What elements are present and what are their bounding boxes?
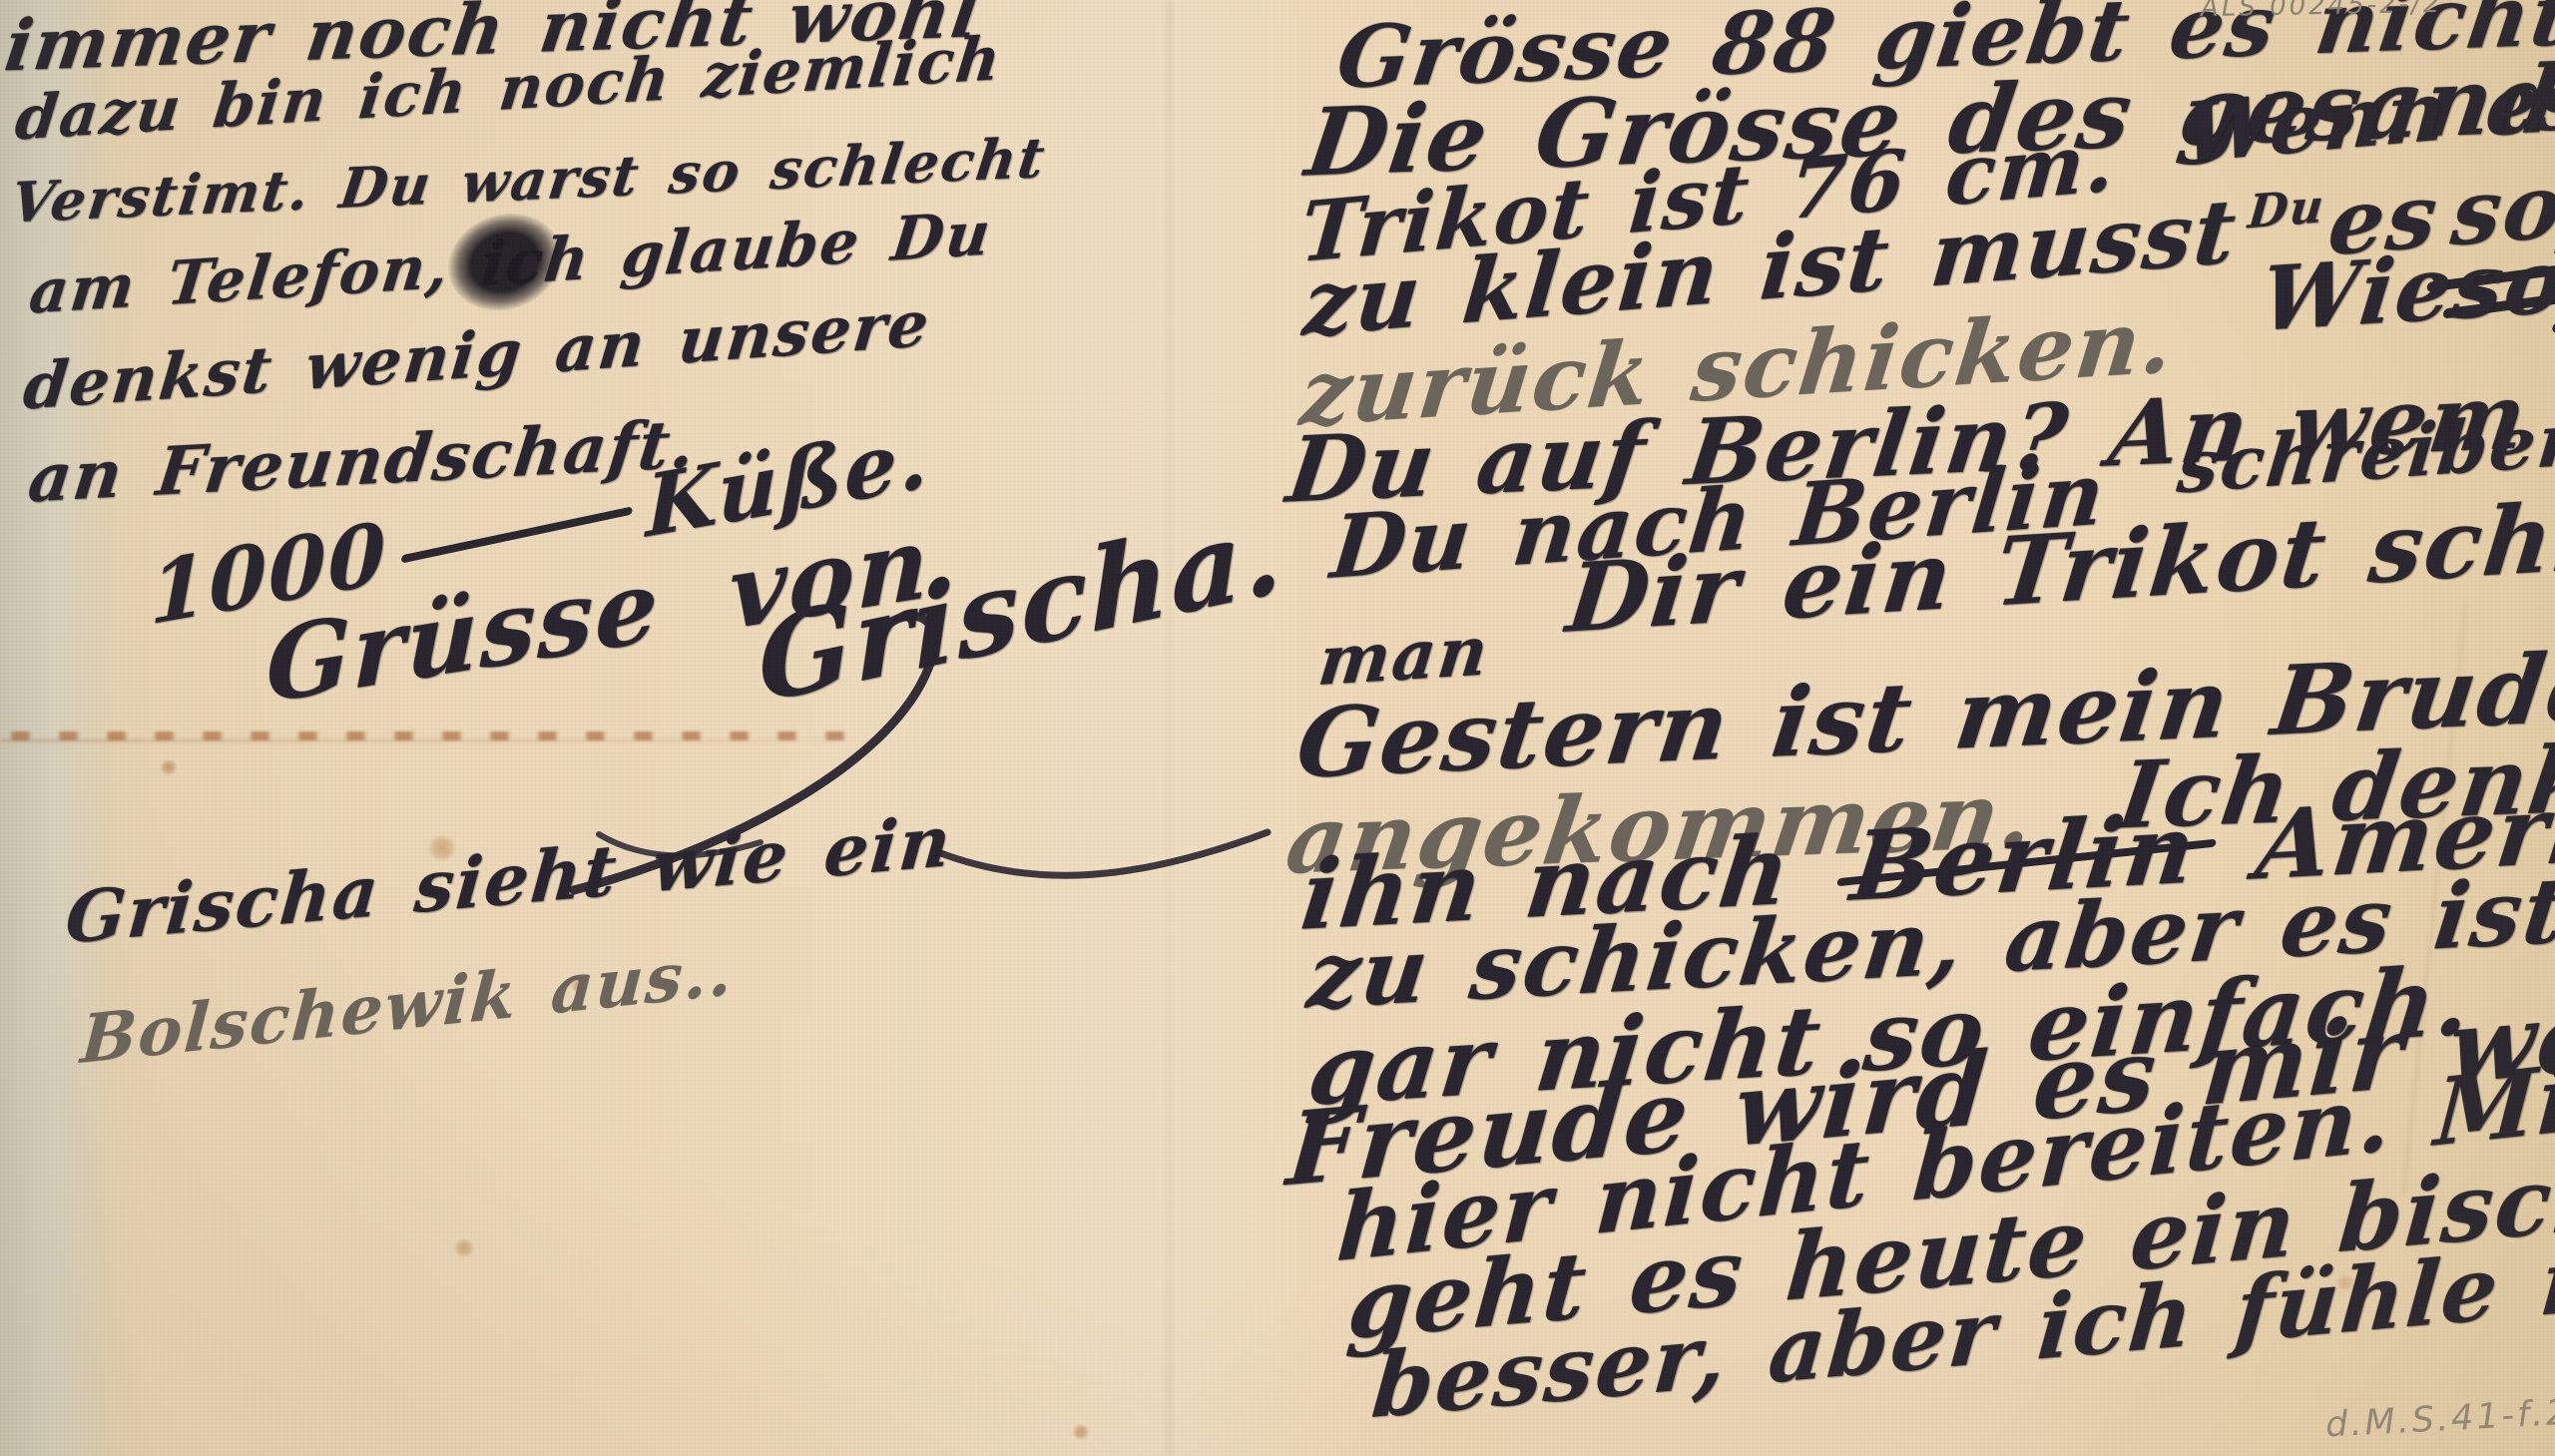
inserted-word: Du xyxy=(2246,179,2327,240)
letter-scan: immer noch nicht wohl dazu bin ich noch … xyxy=(0,0,2555,1456)
postscript-line: Bolschewik aus.. xyxy=(78,931,737,1079)
foxing-spot xyxy=(453,1239,475,1256)
foxing-spot xyxy=(1072,1425,1090,1439)
ink-blot xyxy=(434,198,575,326)
catalog-number-pencil: d.M.S.41-f.2 xyxy=(2324,1393,2555,1446)
foxing-spot xyxy=(160,760,178,774)
